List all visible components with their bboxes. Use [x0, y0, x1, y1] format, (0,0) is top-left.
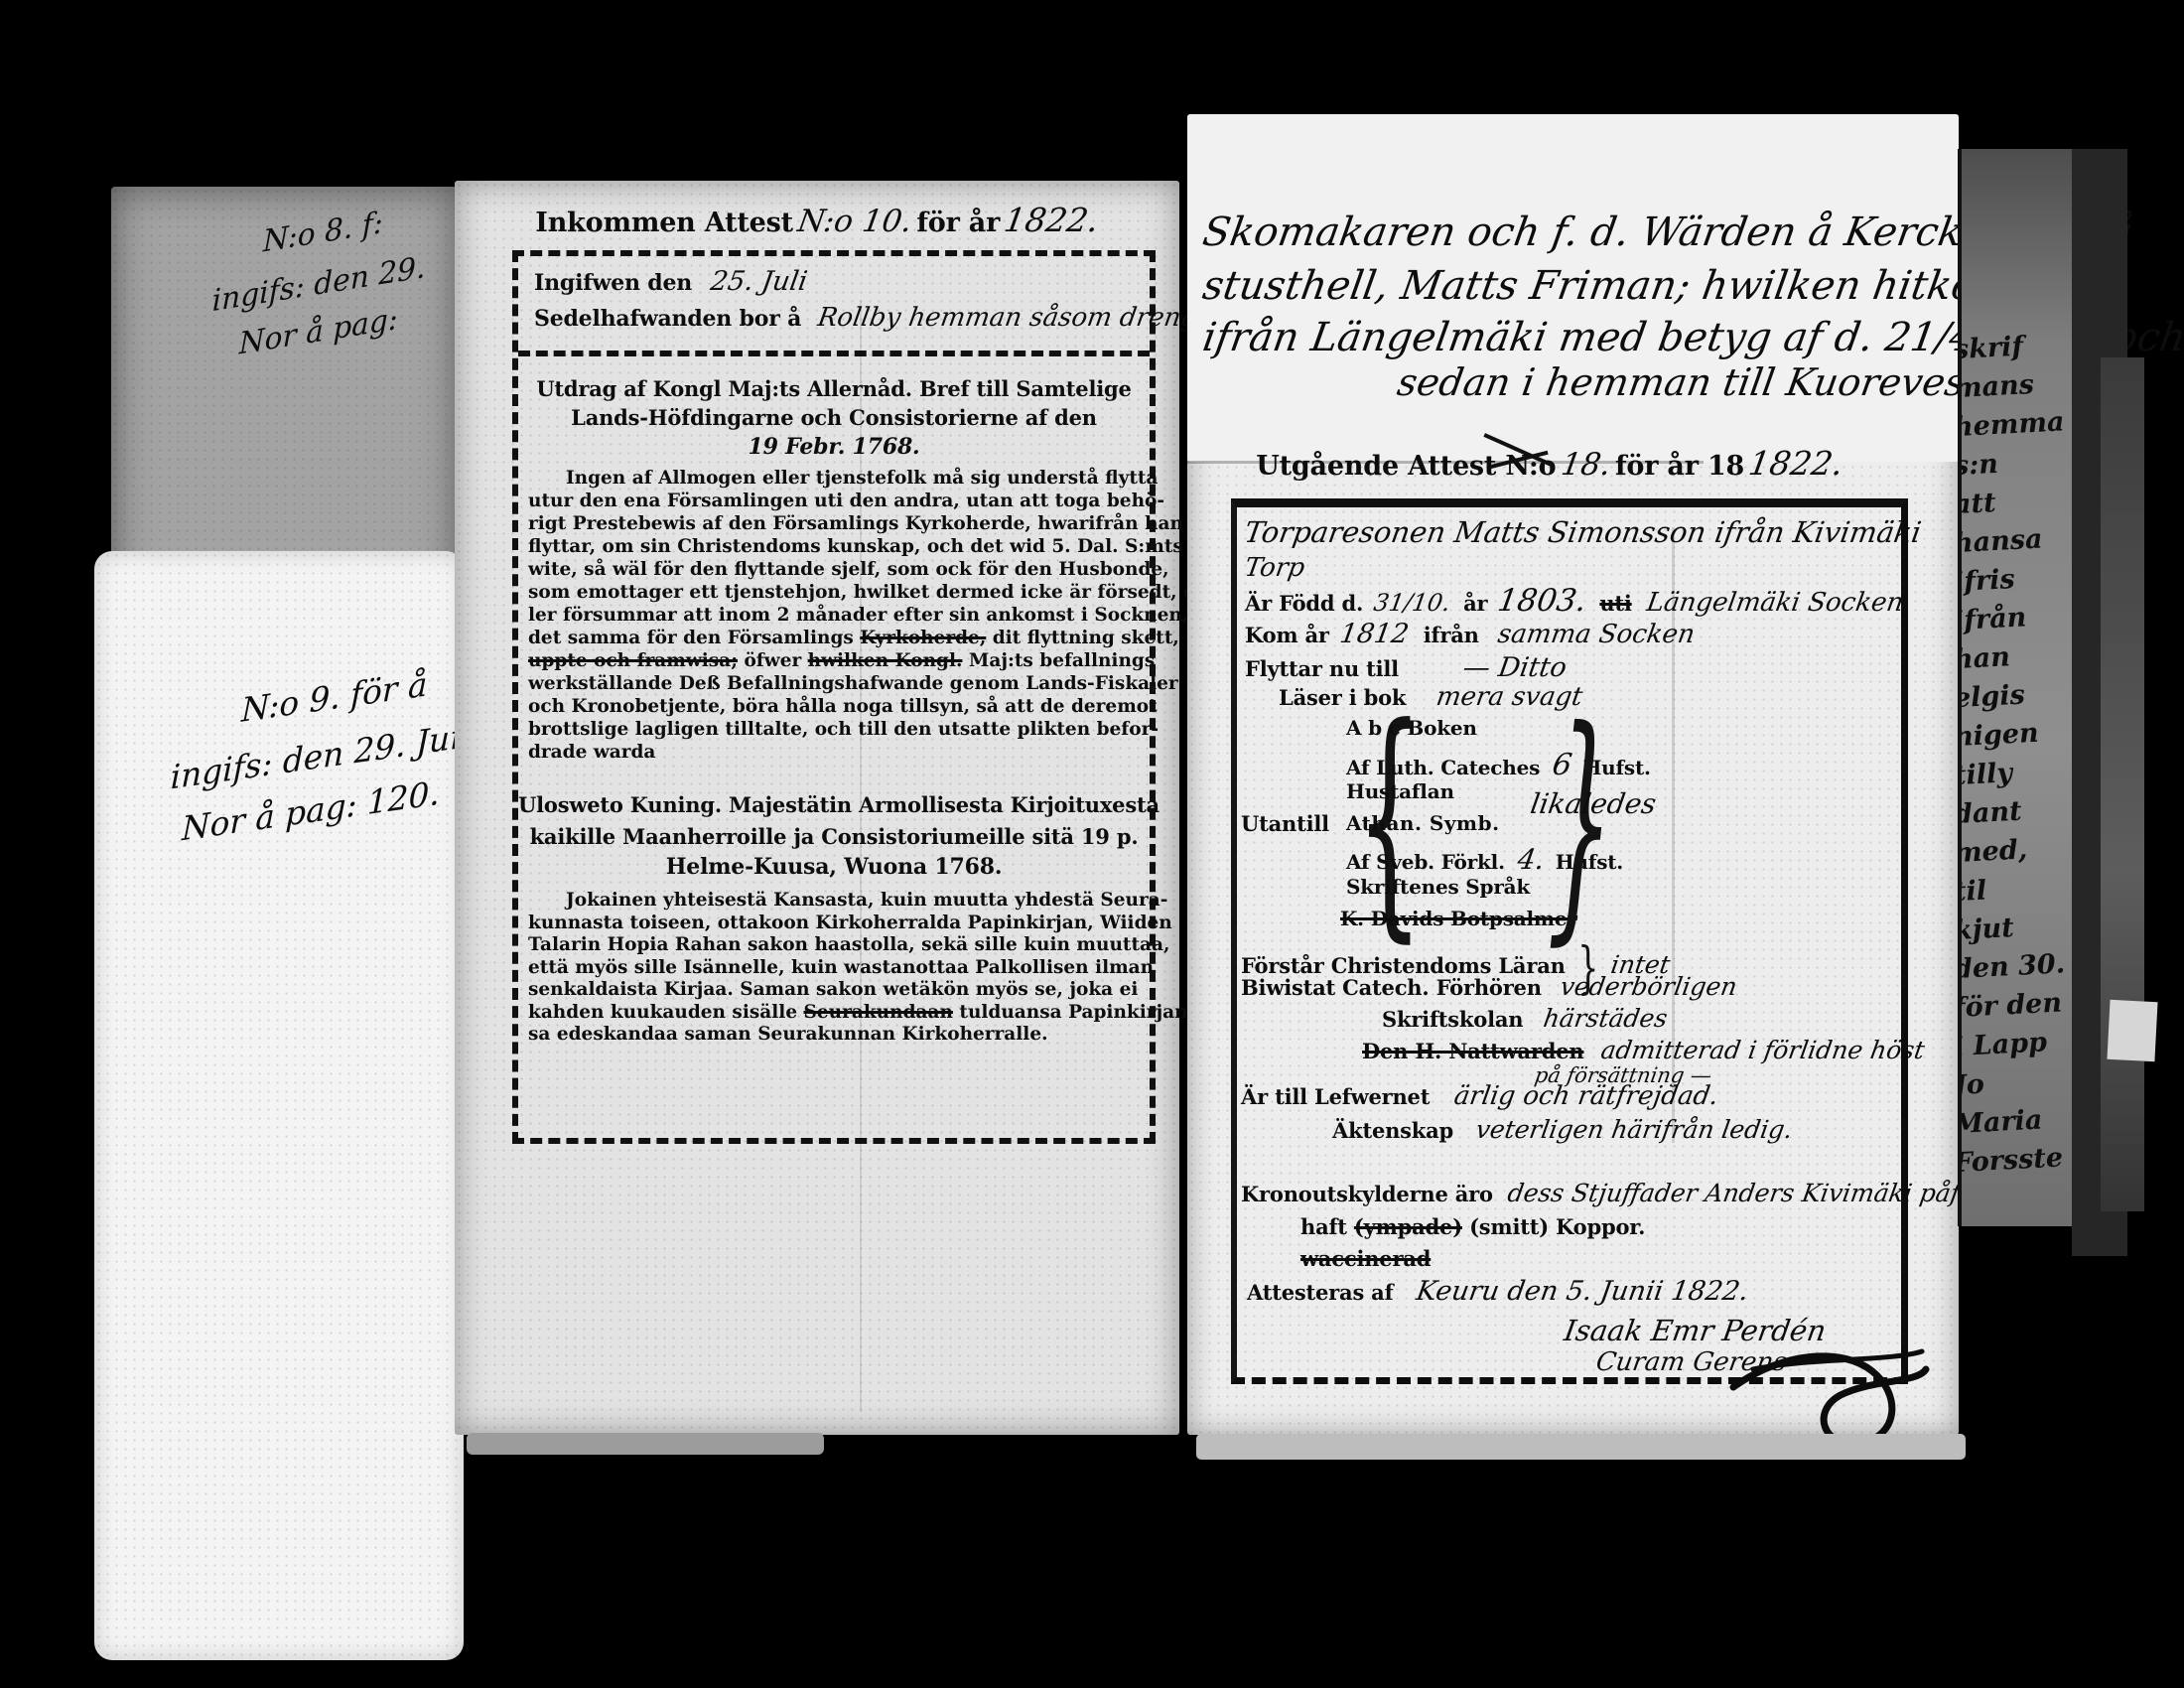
right-edge-far-strip	[2101, 357, 2144, 1211]
row-pox: haft (ympade) (smitt) Koppor.	[1300, 1214, 1645, 1239]
finnish-title-line2: kaikille Maanherroille ja Consistoriumei…	[518, 824, 1150, 849]
edge-fragment: skrif	[1958, 325, 2074, 369]
edge-fragment: att	[1958, 480, 2074, 524]
edge-fragment: dant	[1958, 789, 2074, 834]
came-from-value: samma Socken	[1495, 620, 1697, 649]
attended-value: vederbörligen	[1559, 972, 1739, 1001]
edge-fragment: Maria	[1958, 1099, 2074, 1144]
conduct-label: Är till Lefwernet	[1241, 1084, 1430, 1109]
utantill-item-1: A b c Boken	[1346, 716, 1477, 740]
scanned-record-spread: N:o 8. f: ingifs: den 29. Nor å pag: N:o…	[0, 0, 2184, 1688]
stamp-divider	[518, 351, 1150, 356]
right-header-handwritten-year: 1822.	[1746, 444, 1846, 483]
born-uti-label: uti	[1599, 591, 1631, 616]
right-edge-bright-patch	[2107, 1000, 2157, 1061]
swedish-line: ler försummar att inom 2 månader efter s…	[528, 604, 1136, 627]
finnish-l6-pre: kahden kuukauden sisälle	[528, 1002, 804, 1023]
edge-fragment: den 30.	[1958, 944, 2074, 989]
swedish-l9-struck1: uppte och framwisa;	[528, 650, 738, 671]
swedish-line: och Kronobetjente, böra hålla noga tills…	[528, 695, 1136, 718]
row-confirmation-school: Skriftskolan härstädes	[1382, 1004, 1668, 1033]
attended-label: Biwistat Catech. Förhören	[1241, 975, 1542, 1000]
pox-part3: Koppor.	[1556, 1214, 1645, 1239]
row-born: Är Född d. 31/10. år 1803. uti Längelmäk…	[1245, 583, 1903, 619]
row-vaccinated: waccinerad	[1300, 1246, 1431, 1271]
came-year: 1812	[1337, 619, 1411, 649]
person-name-line2: Torp	[1243, 553, 1307, 583]
school-value: härstädes	[1542, 1004, 1670, 1033]
finnish-line: Jokainen yhteisestä Kansasta, kuin muutt…	[528, 890, 1136, 913]
taxes-value: dess Stjuffader Anders Kivimäki påförde.	[1506, 1179, 2027, 1207]
top-note-line4: sedan i hemman till Kuorevesi	[1395, 360, 1980, 404]
came-label: Kom år	[1245, 623, 1329, 647]
decree-title-line2: Lands-Höfdingarne och Consistorierne af …	[518, 405, 1150, 430]
finnish-line: kahden kuukauden sisälle Seurakundaan tu…	[528, 1002, 1136, 1025]
born-place: Längelmäki Socken	[1644, 588, 1905, 618]
edge-fragment: s:n	[1958, 441, 2074, 486]
received-label: Ingifwen den	[534, 270, 692, 296]
row-marriage: Äktenskap veterligen härifrån ledig.	[1332, 1115, 1793, 1144]
communion-label: Den H. Nattwarden	[1362, 1039, 1583, 1063]
edge-fragment: Forsste	[1958, 1138, 2074, 1183]
utantill-label: Utantill	[1241, 811, 1329, 836]
right-edge-page-sliver: skrifmanshemmas:natthansaifrisifrånhanel…	[1958, 149, 2074, 1226]
left-page-crease	[860, 300, 862, 1412]
likaledes-note: likaledes	[1528, 787, 1658, 820]
edge-fragment: elgis	[1958, 673, 2074, 718]
row-attended: Biwistat Catech. Förhören vederbörligen	[1241, 972, 1736, 1001]
row-taxes: Kronoutskylderne äro dess Stjuffader And…	[1241, 1179, 2025, 1207]
edge-fragment: han	[1958, 634, 2074, 679]
utantill-item-3: Hustaflan	[1346, 779, 1454, 803]
left-header-handwritten-number: N:o 10.	[795, 204, 914, 239]
marriage-value: veterligen härifrån ledig.	[1474, 1115, 1795, 1144]
swedish-line: brottslige lagligen tilltalte, och till …	[528, 718, 1136, 741]
swedish-line: rigt Prestebewis af den Församlings Kyrk…	[528, 512, 1136, 535]
swedish-l9-mid: öfwer	[738, 650, 808, 671]
edge-fragment: hemma	[1958, 402, 2074, 447]
swedish-line: utur den ena Församlingen uti den andra,…	[528, 490, 1136, 512]
edge-fragment: med,	[1958, 828, 2074, 873]
right-header-handwritten-number: 18.	[1559, 447, 1613, 483]
swedish-paragraph: Ingen af Allmogen eller tjenstefolk må s…	[528, 467, 1136, 764]
marriage-label: Äktenskap	[1332, 1118, 1453, 1143]
finnish-l6-struck: Seurakundaan	[804, 1002, 953, 1023]
swedish-line: uppte och framwisa; öfwer hwilken Kongl.…	[528, 649, 1136, 672]
certificate-frame: Torparesonen Matts Simonsson ifrån Kivim…	[1231, 498, 1908, 1384]
stamp-row-holder: Sedelhafwanden bor å Rollby hemman såsom…	[534, 303, 1197, 333]
edge-fragment-list: skrifmanshemmas:natthansaifrisifrånhanel…	[1962, 149, 2074, 1180]
conduct-value: ärlig och rätfrejdad.	[1452, 1081, 1720, 1111]
closing-brace: }	[1547, 698, 1617, 946]
swedish-l8-struck: Kyrkoherde,	[860, 628, 986, 648]
finnish-line: Talarin Hopia Rahan sakon haastolla, sek…	[528, 934, 1136, 957]
right-page-under-edge	[1196, 1434, 1966, 1460]
finnish-title-line3: Helme-Kuusa, Wuona 1768.	[518, 854, 1150, 880]
swedish-line: som emottager ett tjenstehjon, hwilket d…	[528, 581, 1136, 604]
row-attested: Attesteras af Keuru den 5. Junii 1822.	[1247, 1276, 1748, 1307]
left-document-page: Inkommen Attest N:o 10. för år 1822. Ing…	[455, 181, 1179, 1435]
stamp-row-received: Ingifwen den 25. Juli	[534, 266, 807, 297]
finnish-line: sa edeskandaa saman Seurakunnan Kirkoher…	[528, 1024, 1136, 1047]
right-header-printed-2: för år 18	[1615, 451, 1744, 482]
left-header-printed-2: för år	[916, 208, 1000, 238]
holder-value: Rollby hemman såsom dreng	[816, 303, 1200, 333]
row-reads: Läser i bok mera svagt	[1279, 682, 1582, 712]
pox-part1: haft	[1300, 1214, 1354, 1239]
margin-note-2: N:o 9. för å ingifs: den 29. Jun Nor å p…	[160, 659, 480, 848]
taxes-label: Kronoutskylderne äro	[1241, 1182, 1493, 1206]
finnish-l6-post: tulduansa Papinkirjan-	[953, 1002, 1195, 1023]
edge-fragment: til	[1958, 867, 2074, 912]
item2-label: Af Luth. Cateches	[1346, 756, 1540, 779]
finnish-line: kunnasta toiseen, ottakoon Kirkoherralda…	[528, 913, 1136, 935]
swedish-line: wite, så wäl för den flyttande sjelf, so…	[528, 558, 1136, 581]
margin-note-2-line1: N:o 9. för å	[241, 659, 464, 730]
decree-title-line3: 19 Febr. 1768.	[518, 434, 1150, 460]
margin-note-1-line1: N:o 8. f:	[263, 200, 417, 259]
edge-fragment: nigen	[1958, 712, 2074, 757]
left-page-header: Inkommen Attest N:o 10. för år 1822.	[455, 201, 1179, 239]
right-document-page: Skomakaren och f. d. Wärden å Kerckola ä…	[1187, 114, 1959, 1435]
born-year: 1803.	[1496, 583, 1589, 619]
swedish-l8-pre: det samma för den Församlings	[528, 628, 860, 648]
utantill-item-6: Skriftenes Språk	[1346, 875, 1530, 899]
pox-struck: (ympade)	[1354, 1214, 1462, 1239]
swedish-line: werkställande Deß Befallningshafwande ge…	[528, 672, 1136, 695]
moves-value: — Ditto	[1461, 652, 1570, 683]
left-margin-white-patch: N:o 9. för å ingifs: den 29. Jun Nor å p…	[94, 551, 464, 1660]
left-header-printed-1: Inkommen Attest	[535, 208, 793, 238]
decree-frame: Ingifwen den 25. Juli Sedelhafwanden bor…	[512, 250, 1156, 1144]
swedish-line: drade warda	[528, 741, 1136, 764]
attested-label: Attesteras af	[1247, 1280, 1393, 1305]
item5-handwritten-count: 4.	[1515, 843, 1547, 876]
margin-note-1: N:o 8. f: ingifs: den 29. Nor å pag:	[202, 201, 436, 364]
edge-fragment: mans	[1958, 363, 2074, 408]
row-came: Kom år 1812 ifrån samma Socken	[1245, 619, 1695, 649]
swedish-l8-post: dit flyttning skett,	[986, 628, 1179, 648]
right-header-printed-1: Utgående Attest N:o	[1256, 451, 1556, 482]
pox-part2: (smitt)	[1462, 1214, 1556, 1239]
edge-fragment: ifrån	[1958, 596, 2074, 640]
swedish-line: Ingen af Allmogen eller tjenstefolk må s…	[528, 467, 1136, 490]
edge-fragment: kjut	[1958, 906, 2074, 950]
received-date: 25. Juli	[709, 266, 810, 297]
school-label: Skriftskolan	[1382, 1007, 1523, 1032]
holder-label: Sedelhafwanden bor å	[534, 306, 801, 332]
attested-value: Keuru den 5. Junii 1822.	[1414, 1276, 1750, 1307]
item5-label: Af Sveb. Förkl.	[1346, 850, 1505, 874]
born-label: Är Född d.	[1245, 591, 1363, 616]
born-date: 31/10.	[1372, 589, 1452, 617]
came-from-label: ifrån	[1424, 623, 1479, 647]
row-conduct: Är till Lefwernet ärlig och rätfrejdad.	[1241, 1081, 1718, 1111]
top-note-line2: stusthell, Matts Friman; hwilken hitkom	[1199, 263, 2016, 309]
edge-fragment: i Lapp	[1958, 1022, 2074, 1066]
form-fold-crease	[1672, 527, 1675, 1143]
swedish-l9-post: Maj:ts befallnings	[962, 650, 1155, 671]
finnish-line: että myös sille Isännelle, kuin wastanot…	[528, 957, 1136, 980]
edge-fragment: för den	[1958, 983, 2074, 1028]
left-page-under-edge	[467, 1433, 824, 1455]
utantill-item-7: K. Davids Botpsalmer	[1340, 907, 1577, 930]
edge-fragment: tilly	[1958, 751, 2074, 795]
swedish-line: flyttar, om sin Christendoms kunskap, oc…	[528, 535, 1136, 558]
swedish-l9-struck2: hwilken Kongl.	[808, 650, 963, 671]
finnish-line: senkaldaista Kirjaa. Saman sakon wetäkön…	[528, 979, 1136, 1002]
finnish-title-line1: Ulosweto Kuning. Majestätin Armollisesta…	[518, 792, 1150, 817]
edge-fragment: ifris	[1958, 557, 2074, 602]
edge-fragment: hansa	[1958, 518, 2074, 563]
left-header-handwritten-year: 1822.	[1002, 201, 1102, 239]
finnish-paragraph: Jokainen yhteisestä Kansasta, kuin muutt…	[528, 890, 1136, 1047]
swedish-line: det samma för den Församlings Kyrkoherde…	[528, 627, 1136, 649]
decree-title-line1: Utdrag af Kongl Maj:ts Allernåd. Bref ti…	[518, 376, 1150, 401]
edge-fragment: Jo	[1958, 1060, 2074, 1105]
row-communion: Den H. Nattwarden admitterad i förlidne …	[1362, 1036, 1924, 1064]
person-name-line: Torparesonen Matts Simonsson ifrån Kivim…	[1242, 515, 1923, 549]
communion-value: admitterad i förlidne höst	[1598, 1036, 1926, 1064]
utantill-item-4: Athan. Symb.	[1346, 811, 1500, 835]
born-year-label: år	[1463, 591, 1487, 616]
